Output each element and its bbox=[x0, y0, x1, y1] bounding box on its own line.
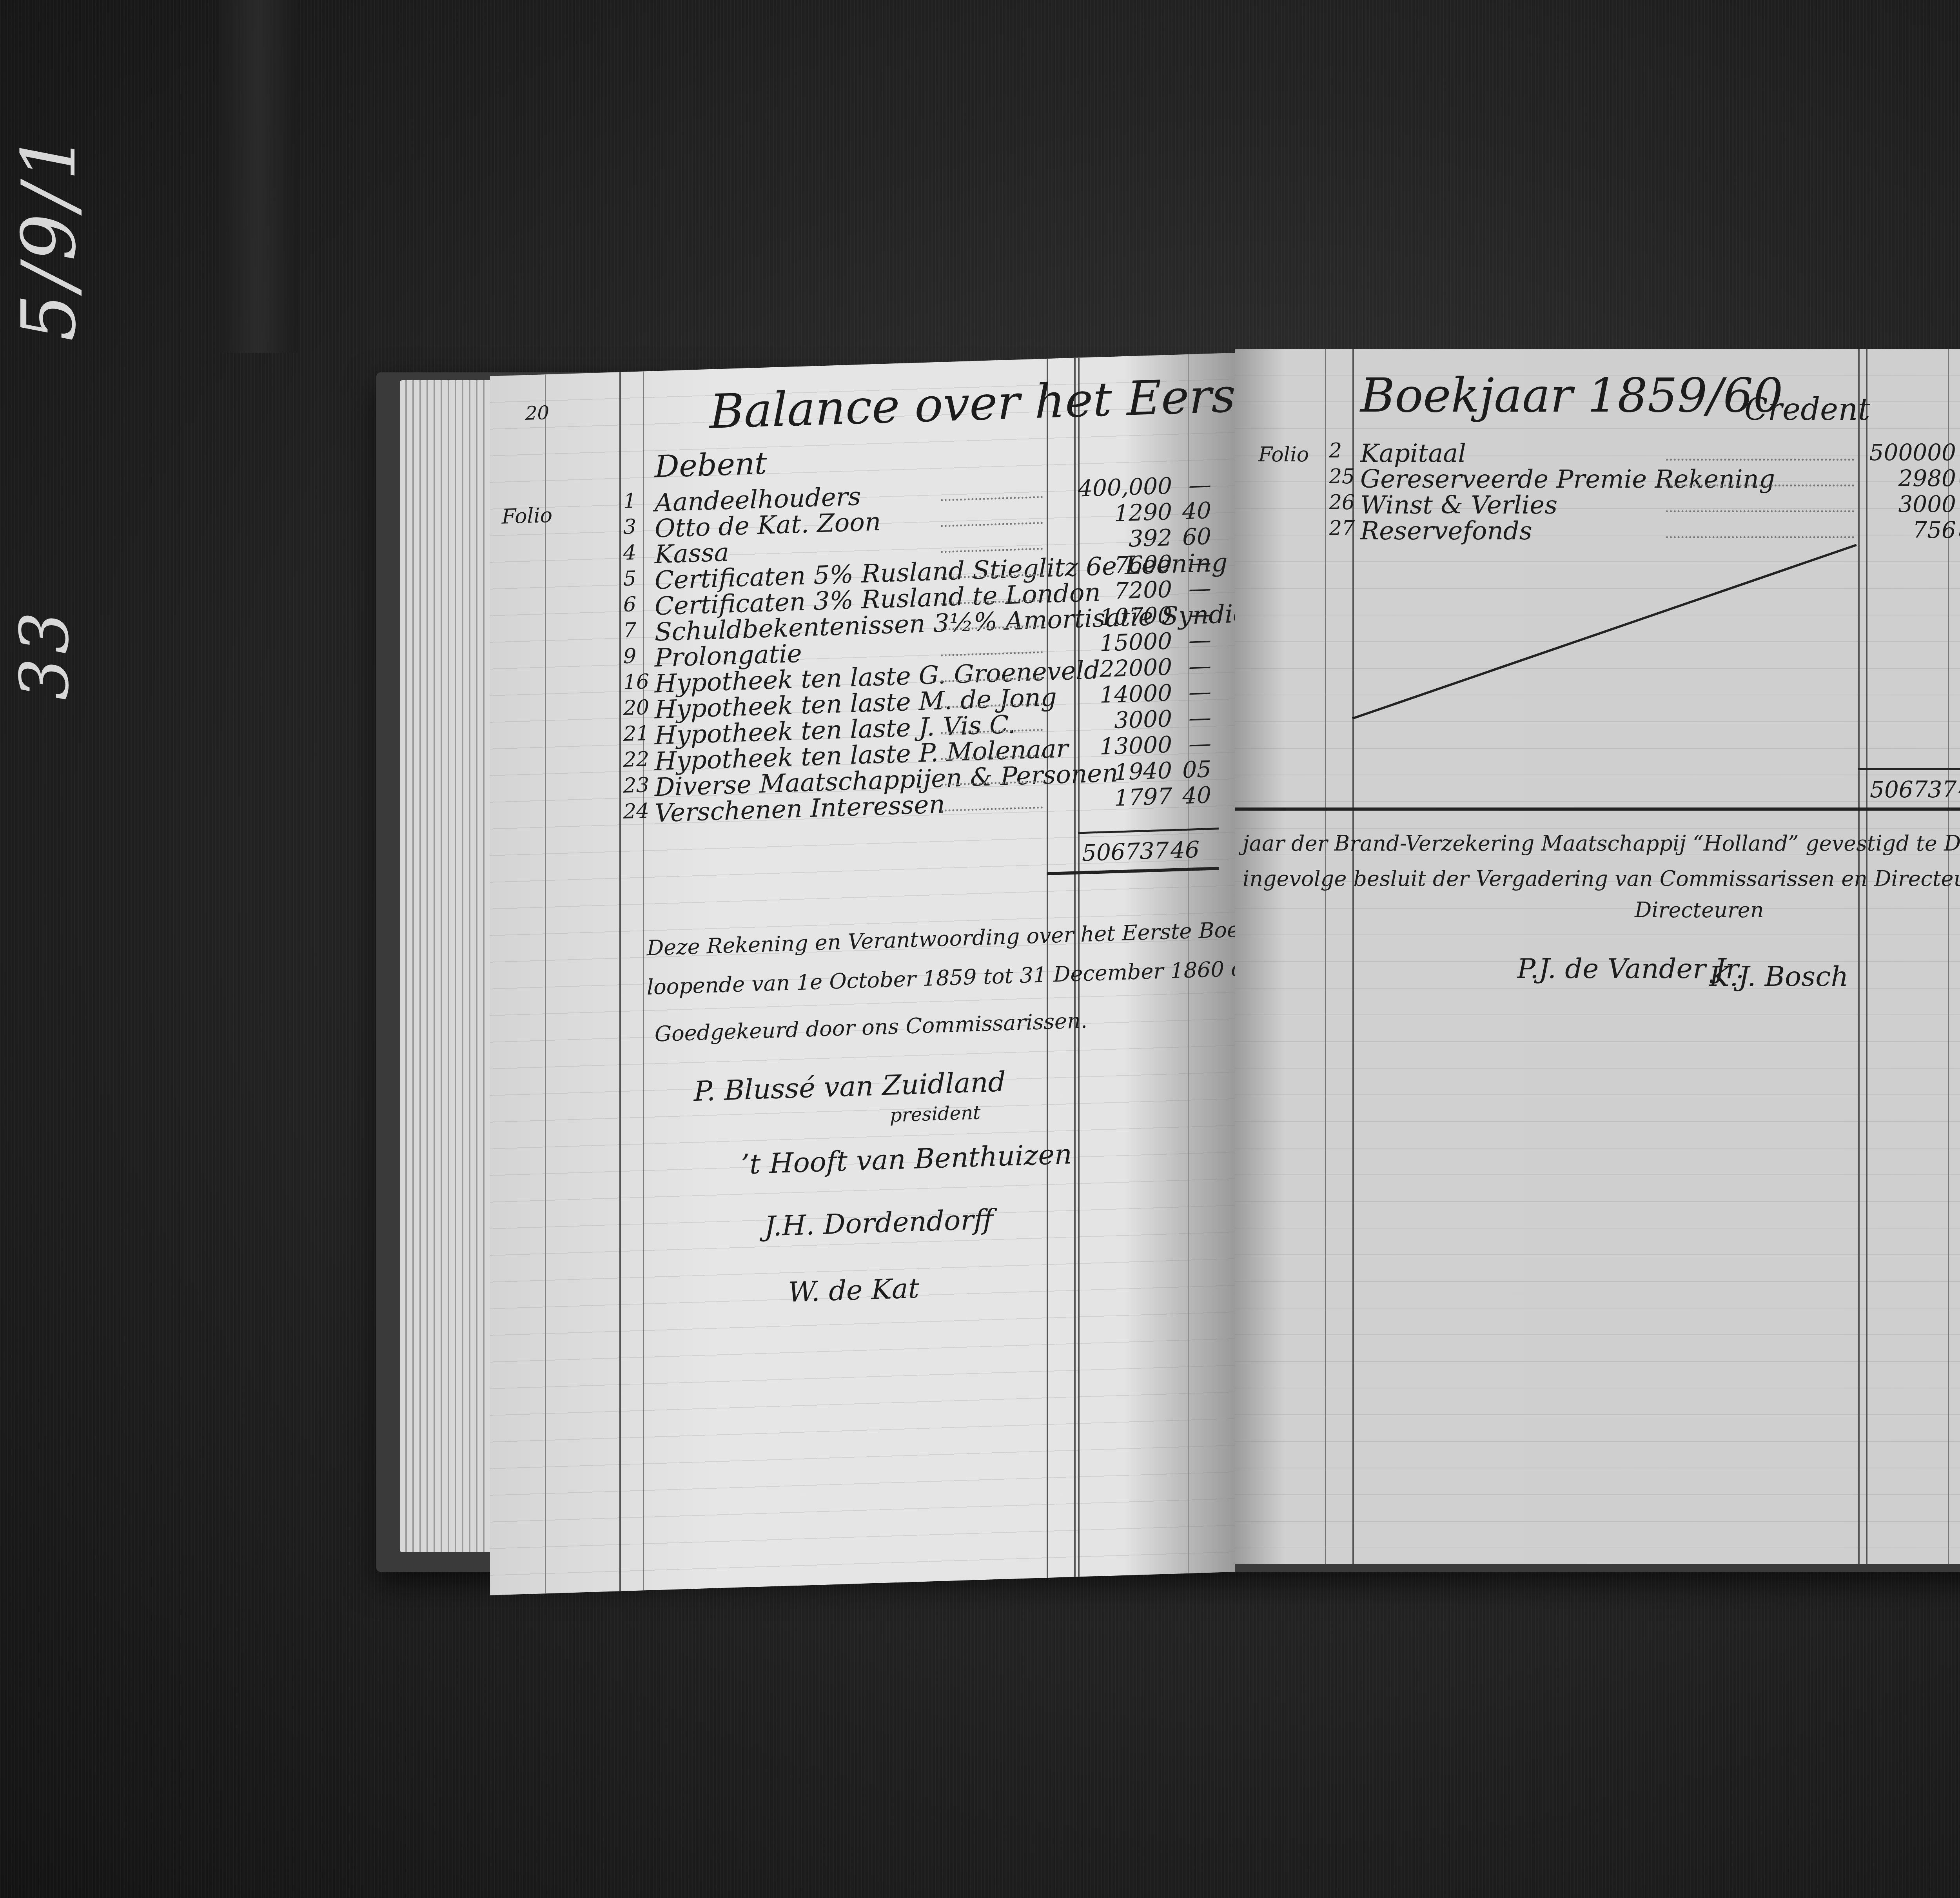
right-page-credit: Boekjaar 1859/60 Credent 20 Folio 2Kapit… bbox=[1235, 349, 1960, 1564]
credit-total-cents: 46 bbox=[1952, 776, 1960, 803]
entry-folio: 25 bbox=[1329, 465, 1352, 488]
entry-amount: 3000 bbox=[1862, 491, 1956, 517]
entry-cents: — bbox=[1180, 601, 1211, 628]
entry-amount: 15000 bbox=[1078, 628, 1172, 657]
entry-folio: 3 bbox=[623, 515, 647, 539]
entry-amount: 2980 bbox=[1862, 465, 1956, 492]
entry-amount: 500000 bbox=[1862, 439, 1956, 466]
credit-total-amount: 506737 bbox=[1870, 776, 1948, 803]
debit-total-amount: 506737 bbox=[1082, 837, 1160, 866]
entry-amount: 1797 bbox=[1078, 783, 1172, 813]
entry-folio: 27 bbox=[1329, 517, 1352, 540]
entry-cents: 81 bbox=[1956, 517, 1960, 543]
folio-label-right: Folio bbox=[1258, 443, 1309, 466]
page-number: 20 bbox=[525, 402, 549, 425]
leader-dots bbox=[1666, 484, 1854, 486]
debit-header: Debent bbox=[655, 446, 767, 485]
closing-text-right-2: ingevolge besluit der Vergadering van Co… bbox=[1243, 866, 1960, 891]
entry-folio: 23 bbox=[623, 773, 647, 798]
entry-folio: 16 bbox=[623, 670, 647, 694]
entry-cents: — bbox=[1180, 730, 1211, 758]
entry-amount: 3000 bbox=[1078, 705, 1172, 735]
folio-label: Folio bbox=[502, 504, 552, 529]
entry-folio: 2 bbox=[1329, 439, 1352, 463]
entry-folio: 7 bbox=[623, 618, 647, 642]
entry-cents: 40 bbox=[1180, 497, 1211, 525]
entry-amount: 1940 bbox=[1078, 757, 1172, 787]
entry-amount: 400,000 bbox=[1078, 472, 1172, 502]
entry-folio: 6 bbox=[623, 592, 647, 617]
entry-amount: 10700 bbox=[1078, 602, 1172, 631]
entry-description: Gereserveerde Premie Rekening bbox=[1360, 465, 1775, 494]
margin-inscription-2: 33 bbox=[12, 608, 102, 700]
credit-header: Credent bbox=[1744, 392, 1870, 427]
entry-folio: 20 bbox=[623, 696, 647, 720]
entry-cents: 60 bbox=[1180, 523, 1211, 551]
margin-inscription: 5/9/1 bbox=[12, 129, 102, 341]
entry-amount: 7200 bbox=[1078, 576, 1172, 606]
debit-total-cents: 46 bbox=[1164, 836, 1200, 864]
entry-cents: 40 bbox=[1180, 782, 1211, 809]
entry-folio: 24 bbox=[623, 799, 647, 824]
entry-amount: 1290 bbox=[1078, 498, 1172, 528]
entry-cents: — bbox=[1956, 439, 1960, 466]
entry-amount: 7600 bbox=[1078, 550, 1172, 580]
entry-amount: 756 bbox=[1862, 517, 1956, 543]
entry-cents: — bbox=[1180, 704, 1211, 732]
open-ledger: 20 Balance over het Eerste Debent Folio … bbox=[376, 325, 1960, 1611]
entry-folio: 22 bbox=[623, 748, 647, 772]
entry-amount: 392 bbox=[1078, 524, 1172, 554]
entry-folio: 26 bbox=[1329, 491, 1352, 514]
entry-amount: 22000 bbox=[1078, 653, 1172, 683]
entry-cents: — bbox=[1180, 471, 1211, 499]
entry-folio: 21 bbox=[623, 722, 647, 746]
entry-cents: — bbox=[1180, 626, 1211, 654]
signature-right-2: K.J. Bosch bbox=[1709, 960, 1848, 993]
subtotal-rule-right bbox=[1858, 768, 1960, 770]
entry-description: Winst & Verlies bbox=[1360, 491, 1557, 520]
entry-description: Kapitaal bbox=[1360, 439, 1466, 468]
entry-cents: — bbox=[1180, 678, 1211, 706]
leader-dots bbox=[1666, 510, 1854, 512]
cloth-fold bbox=[220, 0, 298, 353]
leader-dots bbox=[1666, 536, 1854, 538]
entry-folio: 5 bbox=[623, 566, 647, 591]
left-page-debit: 20 Balance over het Eerste Debent Folio … bbox=[490, 353, 1235, 1595]
page-title-right: Boekjaar 1859/60 bbox=[1360, 368, 1783, 423]
entry-folio: 4 bbox=[623, 541, 647, 565]
entry-amount: 14000 bbox=[1078, 679, 1172, 709]
signature-1-title: president bbox=[890, 1101, 980, 1126]
closing-text-right-3: Directeuren bbox=[1635, 898, 1764, 922]
entry-cents: — bbox=[1956, 491, 1960, 517]
entry-cents: — bbox=[1180, 575, 1211, 602]
total-rule-right bbox=[1235, 807, 1960, 811]
entry-cents: — bbox=[1180, 652, 1211, 680]
entry-cents: 65 bbox=[1956, 465, 1960, 492]
leader-dots bbox=[1666, 459, 1854, 461]
entry-cents: — bbox=[1180, 549, 1211, 577]
entry-cents: 05 bbox=[1180, 756, 1211, 784]
entry-amount: 13000 bbox=[1078, 731, 1172, 761]
entry-folio: 1 bbox=[623, 489, 647, 513]
entry-description: Reservefonds bbox=[1360, 517, 1532, 546]
entry-folio: 9 bbox=[623, 644, 647, 668]
signature-4: W. de Kat bbox=[788, 1272, 919, 1308]
closing-text-right-1: jaar der Brand-Verzekering Maatschappij … bbox=[1243, 831, 1960, 856]
